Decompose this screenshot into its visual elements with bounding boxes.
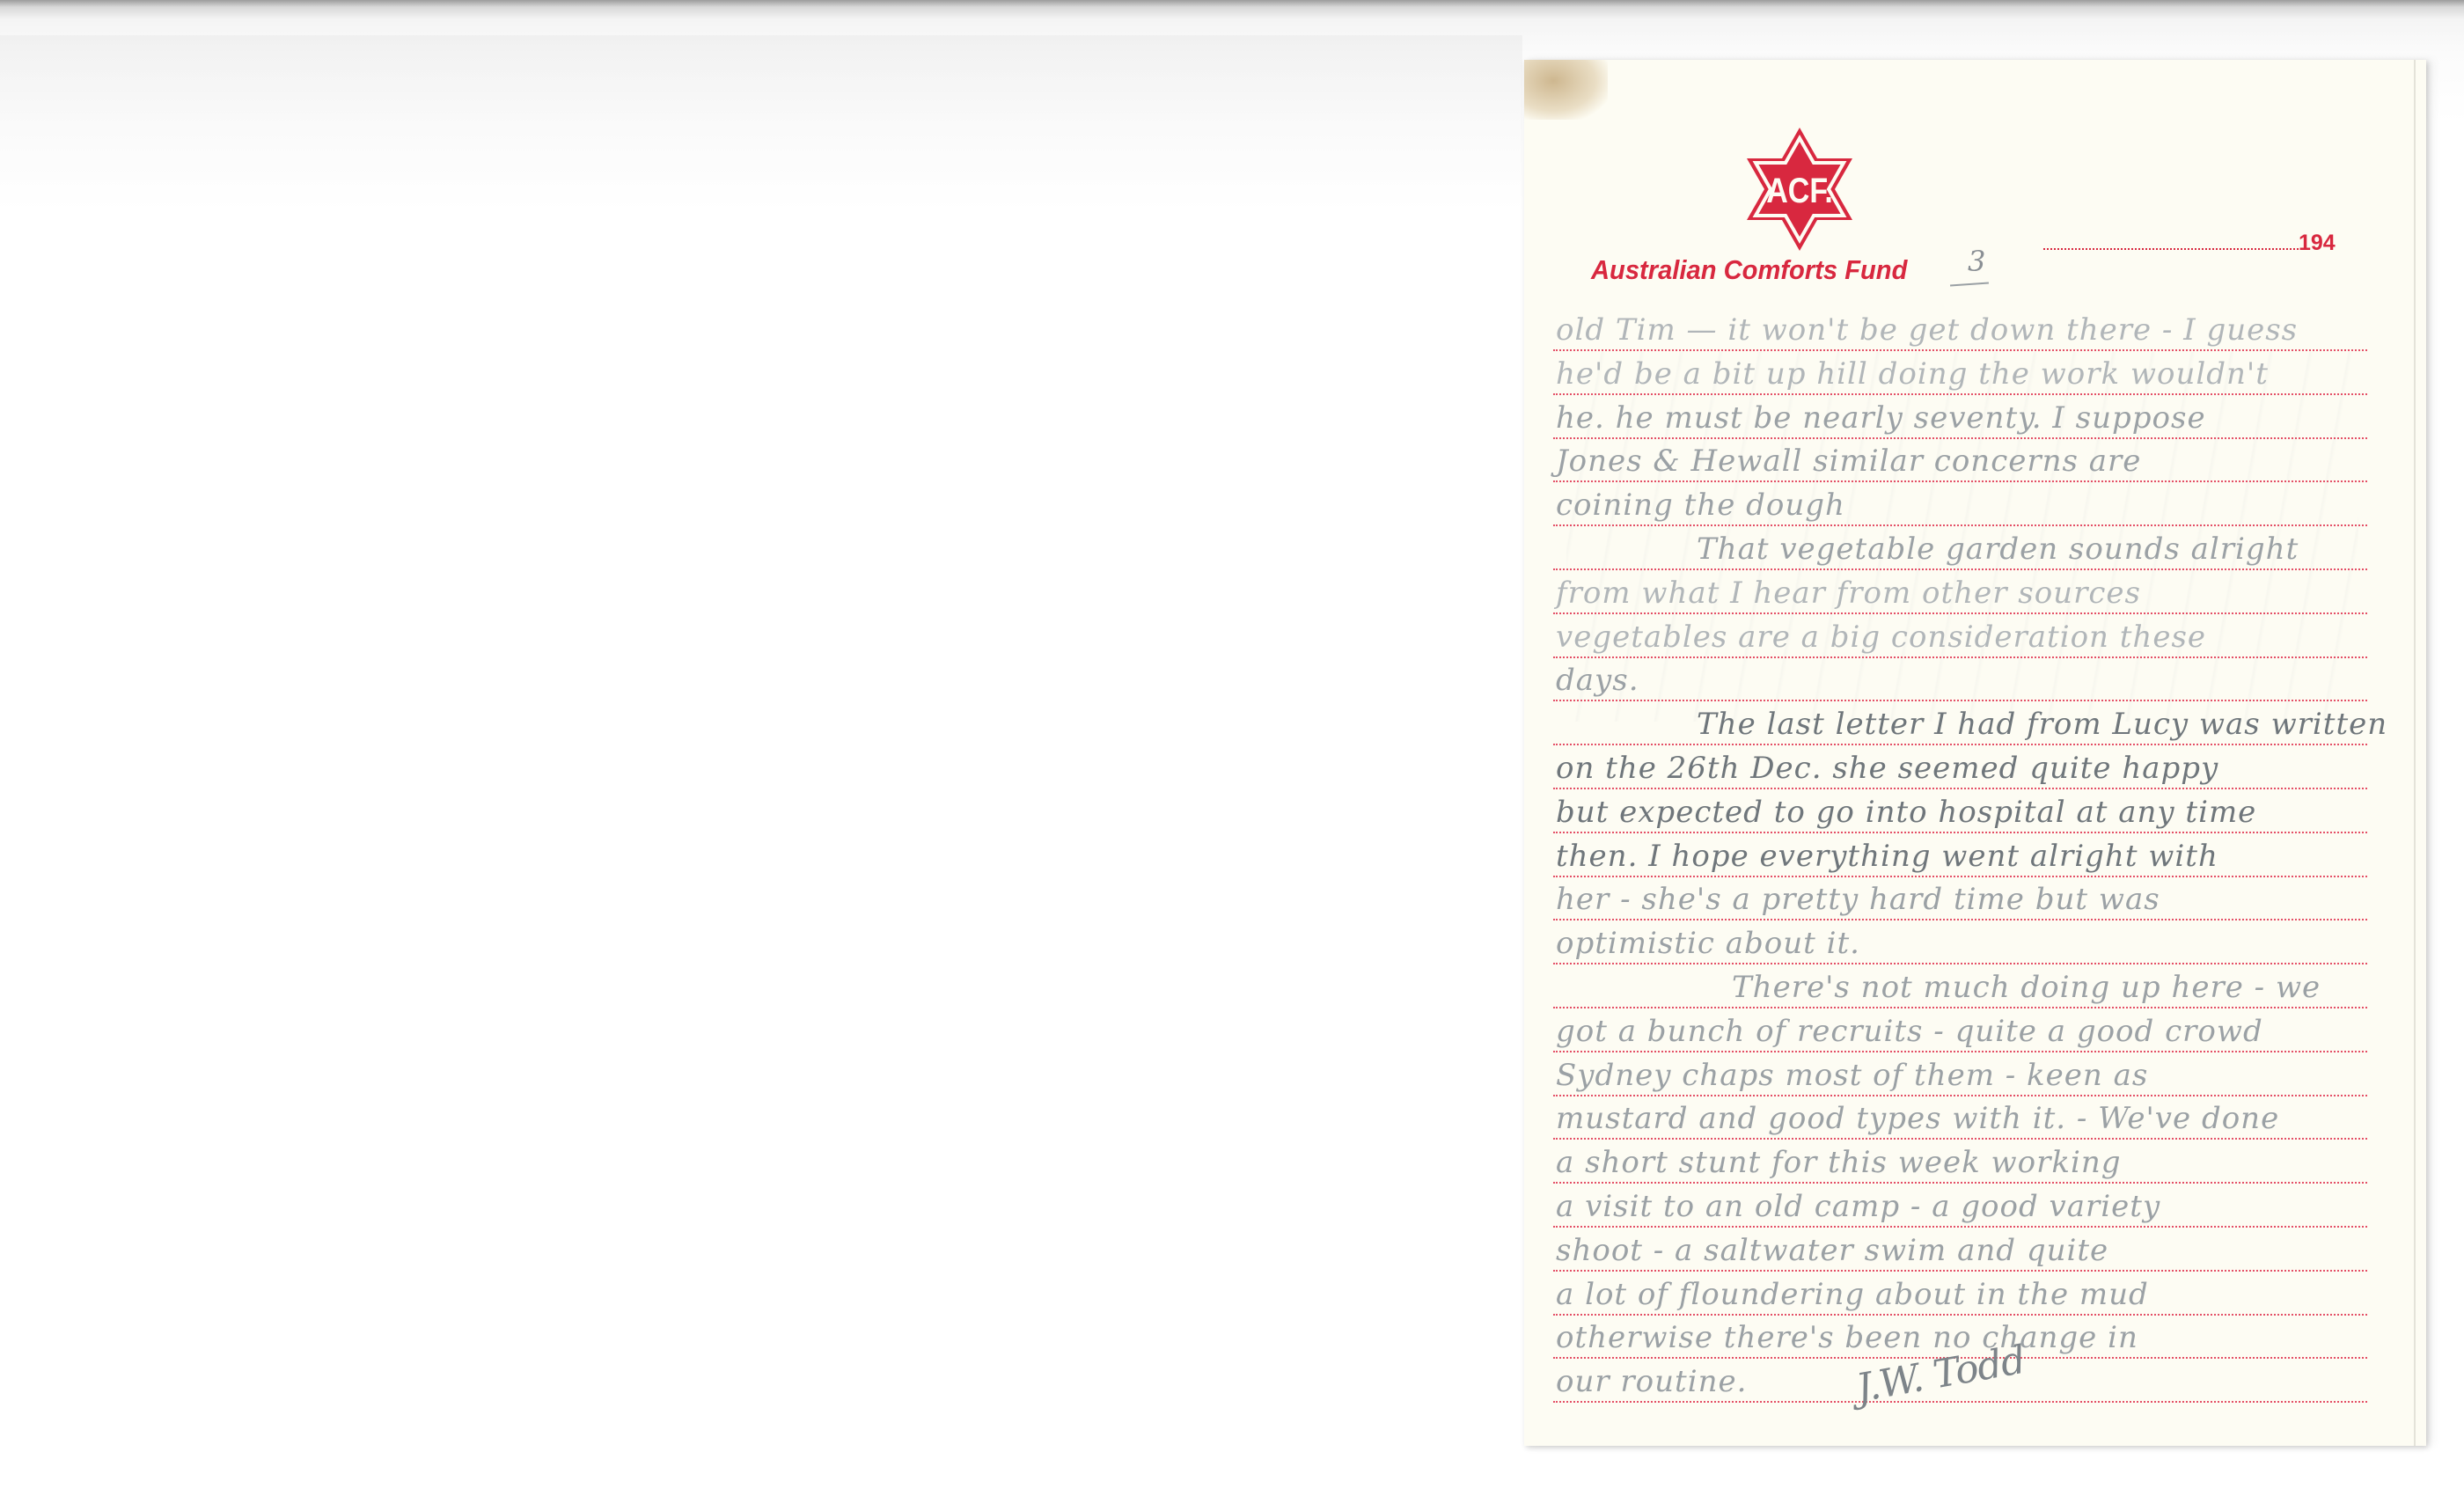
ruled-line xyxy=(1553,919,2367,920)
ruled-line xyxy=(1553,1182,2367,1184)
ruled-line xyxy=(1553,437,2367,439)
handwritten-line: our routine. xyxy=(1556,1364,1747,1399)
organization-name: Australian Comforts Fund xyxy=(1591,254,1907,286)
ruled-line xyxy=(1553,568,2367,570)
handwritten-line: a lot of floundering about in the mud xyxy=(1556,1277,2149,1312)
handwritten-line: but expected to go into hospital at any … xyxy=(1556,795,2256,830)
handwritten-line: then. I hope everything went alright wit… xyxy=(1556,839,2218,874)
ruled-line xyxy=(1553,524,2367,526)
ruled-line xyxy=(1553,393,2367,395)
handwritten-line: optimistic about it. xyxy=(1556,926,1860,961)
handwritten-line: There's not much doing up here - we xyxy=(1732,970,2321,1005)
handwritten-line: from what I hear from other sources xyxy=(1556,576,2141,611)
handwritten-line: on the 26th Dec. she seemed quite happy xyxy=(1556,751,2218,786)
handwritten-line: coining the dough xyxy=(1556,488,1845,523)
handwritten-line: he. he must be nearly seventy. I suppose xyxy=(1556,400,2206,436)
handwritten-line: The last letter I had from Lucy was writ… xyxy=(1697,707,2387,742)
paper-stain xyxy=(1524,60,1608,120)
date-line xyxy=(2043,248,2299,250)
page-number: 3 xyxy=(1968,245,1985,278)
handwritten-line: got a bunch of recruits - quite a good c… xyxy=(1556,1014,2263,1049)
paper-fold xyxy=(2414,60,2416,1446)
handwritten-line: days. xyxy=(1556,663,1639,698)
ruled-line xyxy=(1553,1401,2367,1403)
six-pointed-star-icon: ACF. xyxy=(1698,123,1901,255)
handwritten-line: That vegetable garden sounds alright xyxy=(1697,532,2299,567)
ruled-line xyxy=(1553,1138,2367,1140)
handwritten-line: Sydney chaps most of them - keen as xyxy=(1556,1058,2148,1093)
handwritten-line: shoot - a saltwater swim and quite xyxy=(1556,1233,2108,1268)
handwritten-line: he'd be a bit up hill doing the work wou… xyxy=(1556,356,2269,392)
ruled-line xyxy=(1553,963,2367,964)
ruled-line xyxy=(1553,744,2367,745)
ruled-line xyxy=(1553,1270,2367,1272)
handwritten-line: Jones & Hewall similar concerns are xyxy=(1556,444,2141,479)
handwritten-line: mustard and good types with it. - We've … xyxy=(1556,1101,2279,1136)
ruled-line xyxy=(1553,1095,2367,1096)
ruled-line xyxy=(1553,1314,2367,1316)
ruled-line xyxy=(1553,480,2367,482)
ruled-line xyxy=(1553,832,2367,833)
handwritten-line: old Tim — it won't be get down there - I… xyxy=(1556,312,2298,348)
ruled-line xyxy=(1553,349,2367,351)
ruled-line xyxy=(1553,788,2367,789)
ruled-line xyxy=(1553,1226,2367,1228)
year-prefix: 194 xyxy=(2299,231,2336,256)
handwritten-line: her - she's a pretty hard time but was xyxy=(1556,882,2160,917)
ruled-line xyxy=(1553,612,2367,614)
handwritten-line: a visit to an old camp - a good variety xyxy=(1556,1189,2160,1224)
scanner-bleed-through xyxy=(0,35,1522,211)
ruled-line xyxy=(1553,656,2367,658)
handwritten-line: a short stunt for this week working xyxy=(1556,1145,2122,1180)
ruled-line xyxy=(1553,876,2367,877)
handwritten-line: otherwise there's been no change in xyxy=(1556,1320,2138,1355)
ruled-line xyxy=(1553,700,2367,701)
ruled-line xyxy=(1553,1007,2367,1008)
handwritten-line: vegetables are a big consideration these xyxy=(1556,620,2206,655)
logo-text: ACF. xyxy=(1766,170,1833,209)
ruled-line xyxy=(1553,1051,2367,1052)
